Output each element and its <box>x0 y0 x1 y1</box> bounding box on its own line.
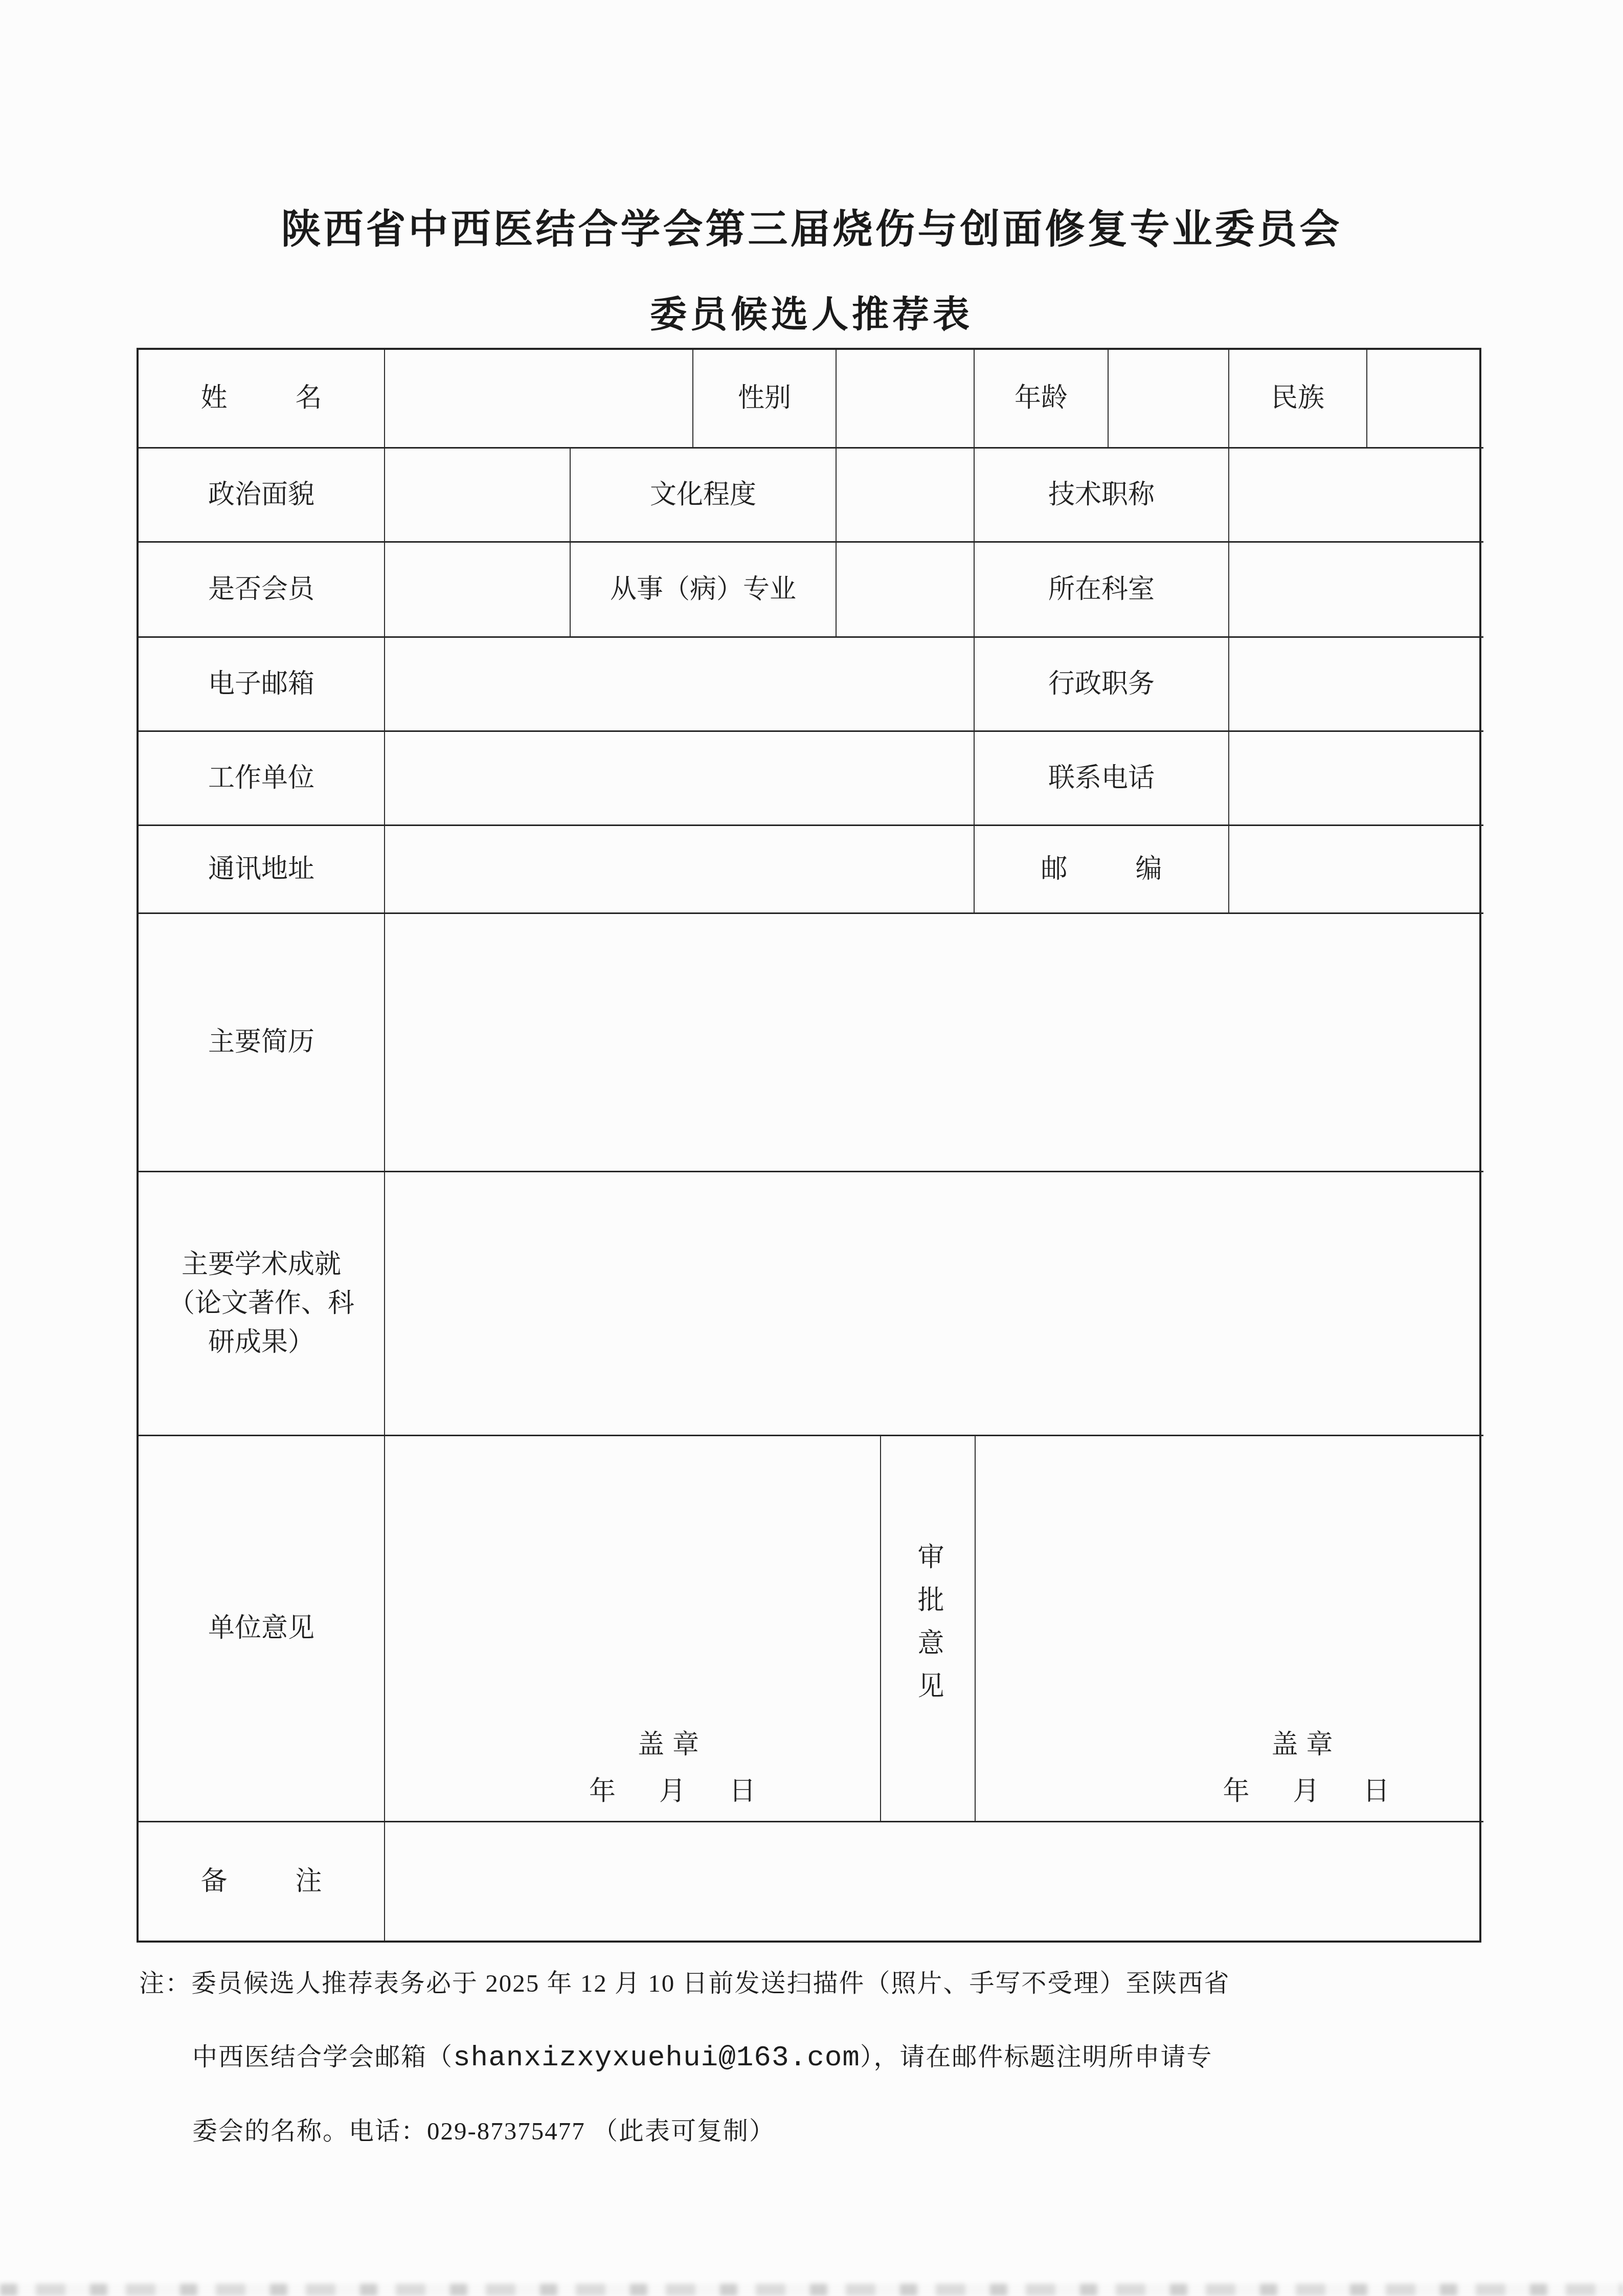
education-label: 文化程度 <box>570 449 836 541</box>
approval-date-label: 年 月 日 <box>1052 1769 1560 1808</box>
unit-opinion-label: 单位意见 <box>139 1436 384 1821</box>
unit-opinion-seal-block: 盖章 年 月 日 <box>425 1723 920 1808</box>
specialty-input-cell <box>836 543 974 636</box>
membership-input-cell <box>384 543 570 636</box>
email-label: 电子邮箱 <box>139 638 384 730</box>
membership-label: 是否会员 <box>139 543 384 636</box>
ethnicity-input-cell <box>1366 350 1483 447</box>
table-row-name: 姓 名 性别 年龄 民族 <box>139 350 1483 447</box>
table-row-work-unit: 工作单位 联系电话 <box>139 730 1483 824</box>
table-row-political: 政治面貌 文化程度 技术职称 <box>139 447 1483 541</box>
unit-date-label: 年 月 日 <box>425 1769 920 1808</box>
work-unit-label: 工作单位 <box>139 732 384 824</box>
unit-seal-label: 盖章 <box>425 1723 920 1761</box>
political-status-label: 政治面貌 <box>139 449 384 541</box>
association-email: shanxizxyxuehui@163.com <box>453 2041 860 2074</box>
gender-input-cell <box>836 350 974 447</box>
table-row-achievements: 主要学术成就 （论文著作、科 研成果） <box>139 1171 1483 1435</box>
address-input-cell <box>384 826 974 912</box>
admin-position-input-cell <box>1228 638 1483 730</box>
footer-note-line3: 委会的名称。电话：029-87375477 （此表可复制） <box>139 2110 1499 2153</box>
postal-code-input-cell <box>1228 826 1483 912</box>
table-row-address: 通讯地址 邮 编 <box>139 824 1483 912</box>
remarks-input-cell <box>384 1822 1483 1941</box>
table-row-resume: 主要简历 <box>139 912 1483 1171</box>
specialty-label: 从事（病）专业 <box>570 543 836 636</box>
postal-code-label: 邮 编 <box>974 826 1228 912</box>
approval-opinion-label: 审批意见 <box>880 1436 975 1821</box>
technical-title-label: 技术职称 <box>974 449 1228 541</box>
document-title: 陕西省中西医结合学会第三届烧伤与创面修复专业委员会 <box>0 197 1623 255</box>
phone-label: 联系电话 <box>974 732 1228 824</box>
footer-note-line1: 注：委员候选人推荐表务必于 2025 年 12 月 10 日前发送扫描件（照片、… <box>139 1962 1499 2005</box>
table-row-email: 电子邮箱 行政职务 <box>139 636 1483 730</box>
education-input-cell <box>836 449 974 541</box>
scan-edge-artifact <box>0 2284 1623 2296</box>
technical-title-input-cell <box>1228 449 1483 541</box>
table-row-opinions: 单位意见 盖章 年 月 日 审批意见 盖章 年 月 日 <box>139 1435 1483 1821</box>
unit-opinion-input-cell: 盖章 年 月 日 <box>384 1436 880 1821</box>
footer-note-line3-text: 委会的名称。电话：029-87375477 （此表可复制） <box>192 2117 775 2145</box>
achievements-label-line1: 主要学术成就 <box>168 1245 354 1284</box>
resume-label: 主要简历 <box>139 914 384 1171</box>
approval-opinion-input-cell: 盖章 年 月 日 <box>975 1436 1483 1821</box>
gender-label: 性别 <box>692 350 836 447</box>
remarks-label: 备 注 <box>139 1822 384 1941</box>
achievements-input-cell <box>384 1172 1483 1435</box>
resume-input-cell <box>384 914 1483 1171</box>
department-label: 所在科室 <box>974 543 1228 636</box>
phone-input-cell <box>1228 732 1483 824</box>
email-input-cell <box>384 638 974 730</box>
address-label: 通讯地址 <box>139 826 384 912</box>
footer-note: 注：委员候选人推荐表务必于 2025 年 12 月 10 日前发送扫描件（照片、… <box>139 1962 1499 2183</box>
approval-seal-label: 盖章 <box>1052 1723 1560 1761</box>
work-unit-input-cell <box>384 732 974 824</box>
document-subtitle: 委员候选人推荐表 <box>0 284 1623 338</box>
age-label: 年龄 <box>974 350 1108 447</box>
name-label: 姓 名 <box>139 350 384 447</box>
name-input-cell <box>384 350 692 447</box>
footer-note-line2-before: 中西医结合学会邮箱（ <box>192 2043 453 2071</box>
department-input-cell <box>1228 543 1483 636</box>
table-row-membership: 是否会员 从事（病）专业 所在科室 <box>139 541 1483 636</box>
footer-note-line2: 中西医结合学会邮箱（shanxizxyxuehui@163.com），请在邮件标… <box>139 2036 1499 2079</box>
footer-note-prefix: 注： <box>139 1969 191 1997</box>
scanned-form-page: 陕西省中西医结合学会第三届烧伤与创面修复专业委员会 委员候选人推荐表 姓 名 性… <box>0 0 1623 2296</box>
approval-seal-block: 盖章 年 月 日 <box>1052 1723 1560 1808</box>
admin-position-label: 行政职务 <box>974 638 1228 730</box>
political-status-input-cell <box>384 449 570 541</box>
achievements-label-line2: （论文著作、科 <box>168 1284 354 1323</box>
achievements-label: 主要学术成就 （论文著作、科 研成果） <box>139 1172 384 1435</box>
age-input-cell <box>1108 350 1228 447</box>
footer-note-line2-after: ），请在邮件标题注明所申请专 <box>860 2043 1213 2071</box>
achievements-label-line3: 研成果） <box>168 1323 354 1362</box>
footer-note-line1-text: 委员候选人推荐表务必于 2025 年 12 月 10 日前发送扫描件（照片、手写… <box>191 1969 1230 1997</box>
table-row-remarks: 备 注 <box>139 1821 1483 1941</box>
recommendation-form-table: 姓 名 性别 年龄 民族 政治面貌 文化程度 技术职称 是否会员 从事（病）专业… <box>137 348 1481 1943</box>
approval-opinion-label-text: 审批意见 <box>909 1543 947 1715</box>
ethnicity-label: 民族 <box>1228 350 1366 447</box>
